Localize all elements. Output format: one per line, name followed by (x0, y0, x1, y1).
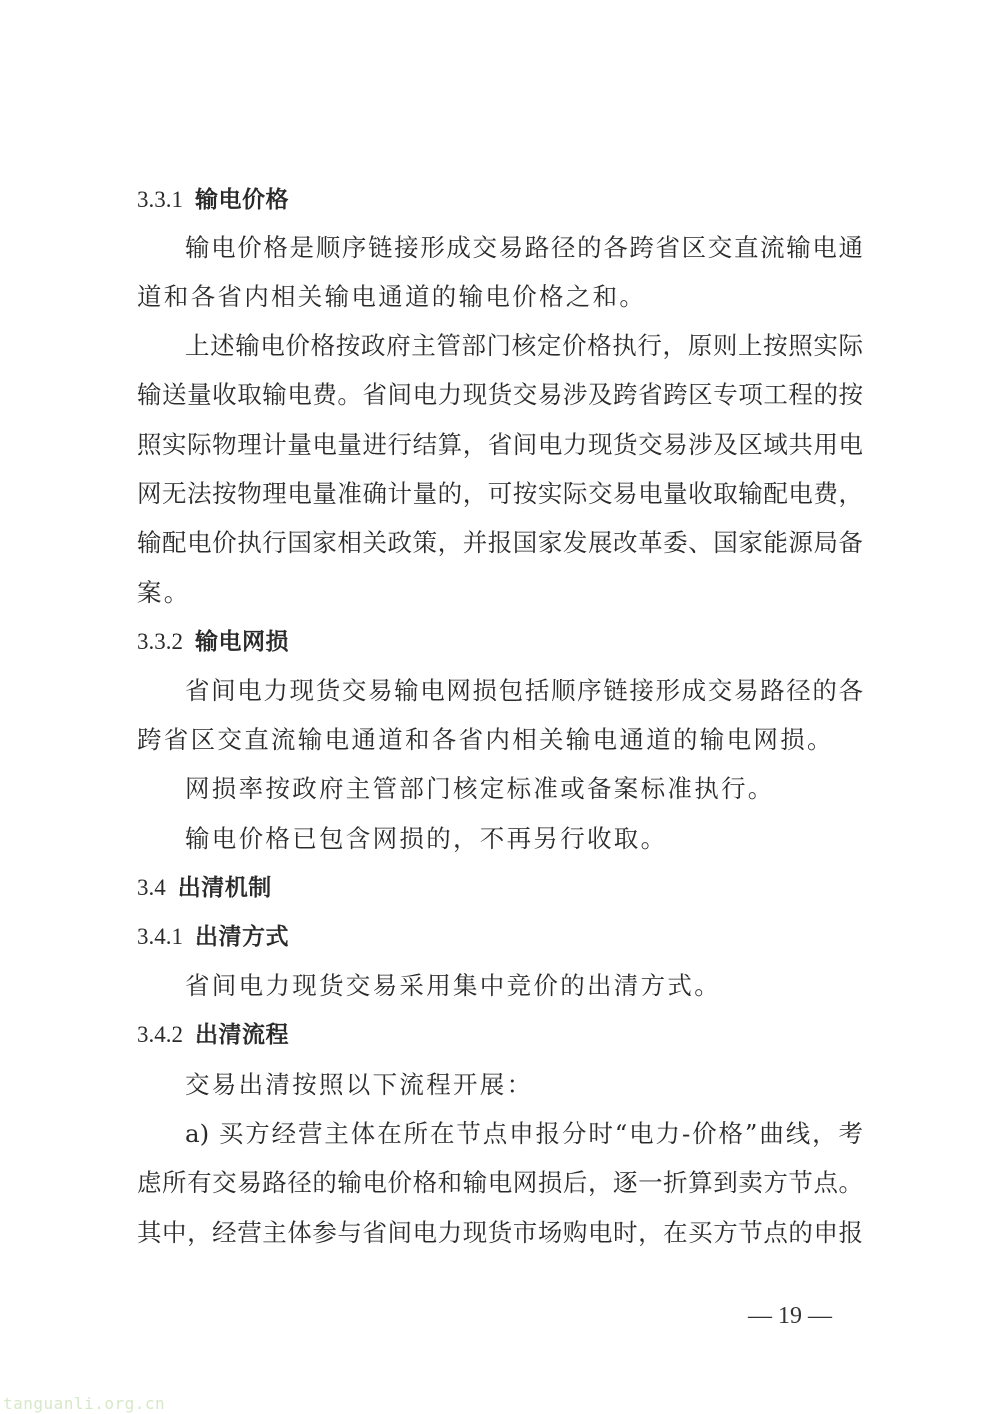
paragraph-line: 输配电价执行国家相关政策，并报国家发展改革委、国家能源局备 (137, 528, 863, 558)
section-number: 3.4.2 (137, 1022, 183, 1047)
section-number: 3.3.2 (137, 629, 183, 654)
section-number: 3.4 (137, 875, 166, 900)
paragraph-line: 其中，经营主体参与省间电力现货市场购电时，在买方节点的申报 (137, 1218, 863, 1248)
section-heading-3-4-2: 3.4.2出清流程 (137, 1020, 863, 1050)
section-title: 出清机制 (178, 875, 272, 901)
paragraph-line: 案。 (137, 578, 863, 608)
section-title: 出清流程 (195, 1022, 289, 1048)
paragraph-line: 输送量收取输电费。省间电力现货交易涉及跨省跨区专项工程的按 (137, 380, 863, 410)
paragraph-line: 虑所有交易路径的输电价格和输电网损后，逐一折算到卖方节点。 (137, 1168, 863, 1198)
section-heading-3-3-1: 3.3.1输电价格 (137, 185, 863, 215)
paragraph-line: 省间电力现货交易采用集中竞价的出清方式。 (185, 971, 911, 1001)
section-number: 3.3.1 (137, 187, 183, 212)
paragraph-line: 跨省区交直流输电通道和各省内相关输电通道的输电网损。 (137, 725, 863, 755)
paragraph-line: 照实际物理计量电量进行结算，省间电力现货交易涉及区域共用电 (137, 430, 863, 460)
section-title: 输电网损 (195, 629, 289, 655)
paragraph-line: 输电价格已包含网损的，不再另行收取。 (185, 824, 911, 854)
document-page: 3.3.1输电价格 输电价格是顺序链接形成交易路径的各跨省区交直流输电通 道和各… (0, 0, 1000, 1414)
section-heading-3-4: 3.4出清机制 (137, 873, 863, 903)
section-number: 3.4.1 (137, 924, 183, 949)
section-heading-3-3-2: 3.3.2输电网损 (137, 627, 863, 657)
page-number: — 19 — (748, 1303, 832, 1330)
list-item-a: a) 买方经营主体在所在节点申报分时“电力-价格”曲线，考 (185, 1119, 863, 1149)
paragraph-line: 上述输电价格按政府主管部门核定价格执行，原则上按照实际 (185, 331, 863, 361)
paragraph-line: 输电价格是顺序链接形成交易路径的各跨省区交直流输电通 (185, 233, 863, 263)
section-title: 输电价格 (195, 187, 289, 213)
paragraph-line: 交易出清按照以下流程开展： (185, 1070, 911, 1100)
section-heading-3-4-1: 3.4.1出清方式 (137, 922, 863, 952)
section-title: 出清方式 (195, 924, 289, 950)
paragraph-line: 网无法按物理电量准确计量的，可按实际交易电量收取输配电费， (137, 479, 863, 509)
watermark: tanguanli.org.cn (3, 1394, 165, 1413)
paragraph-line: 道和各省内相关输电通道的输电价格之和。 (137, 282, 863, 312)
paragraph-line: 网损率按政府主管部门核定标准或备案标准执行。 (185, 774, 911, 804)
paragraph-line: 省间电力现货交易输电网损包括顺序链接形成交易路径的各 (185, 676, 863, 706)
